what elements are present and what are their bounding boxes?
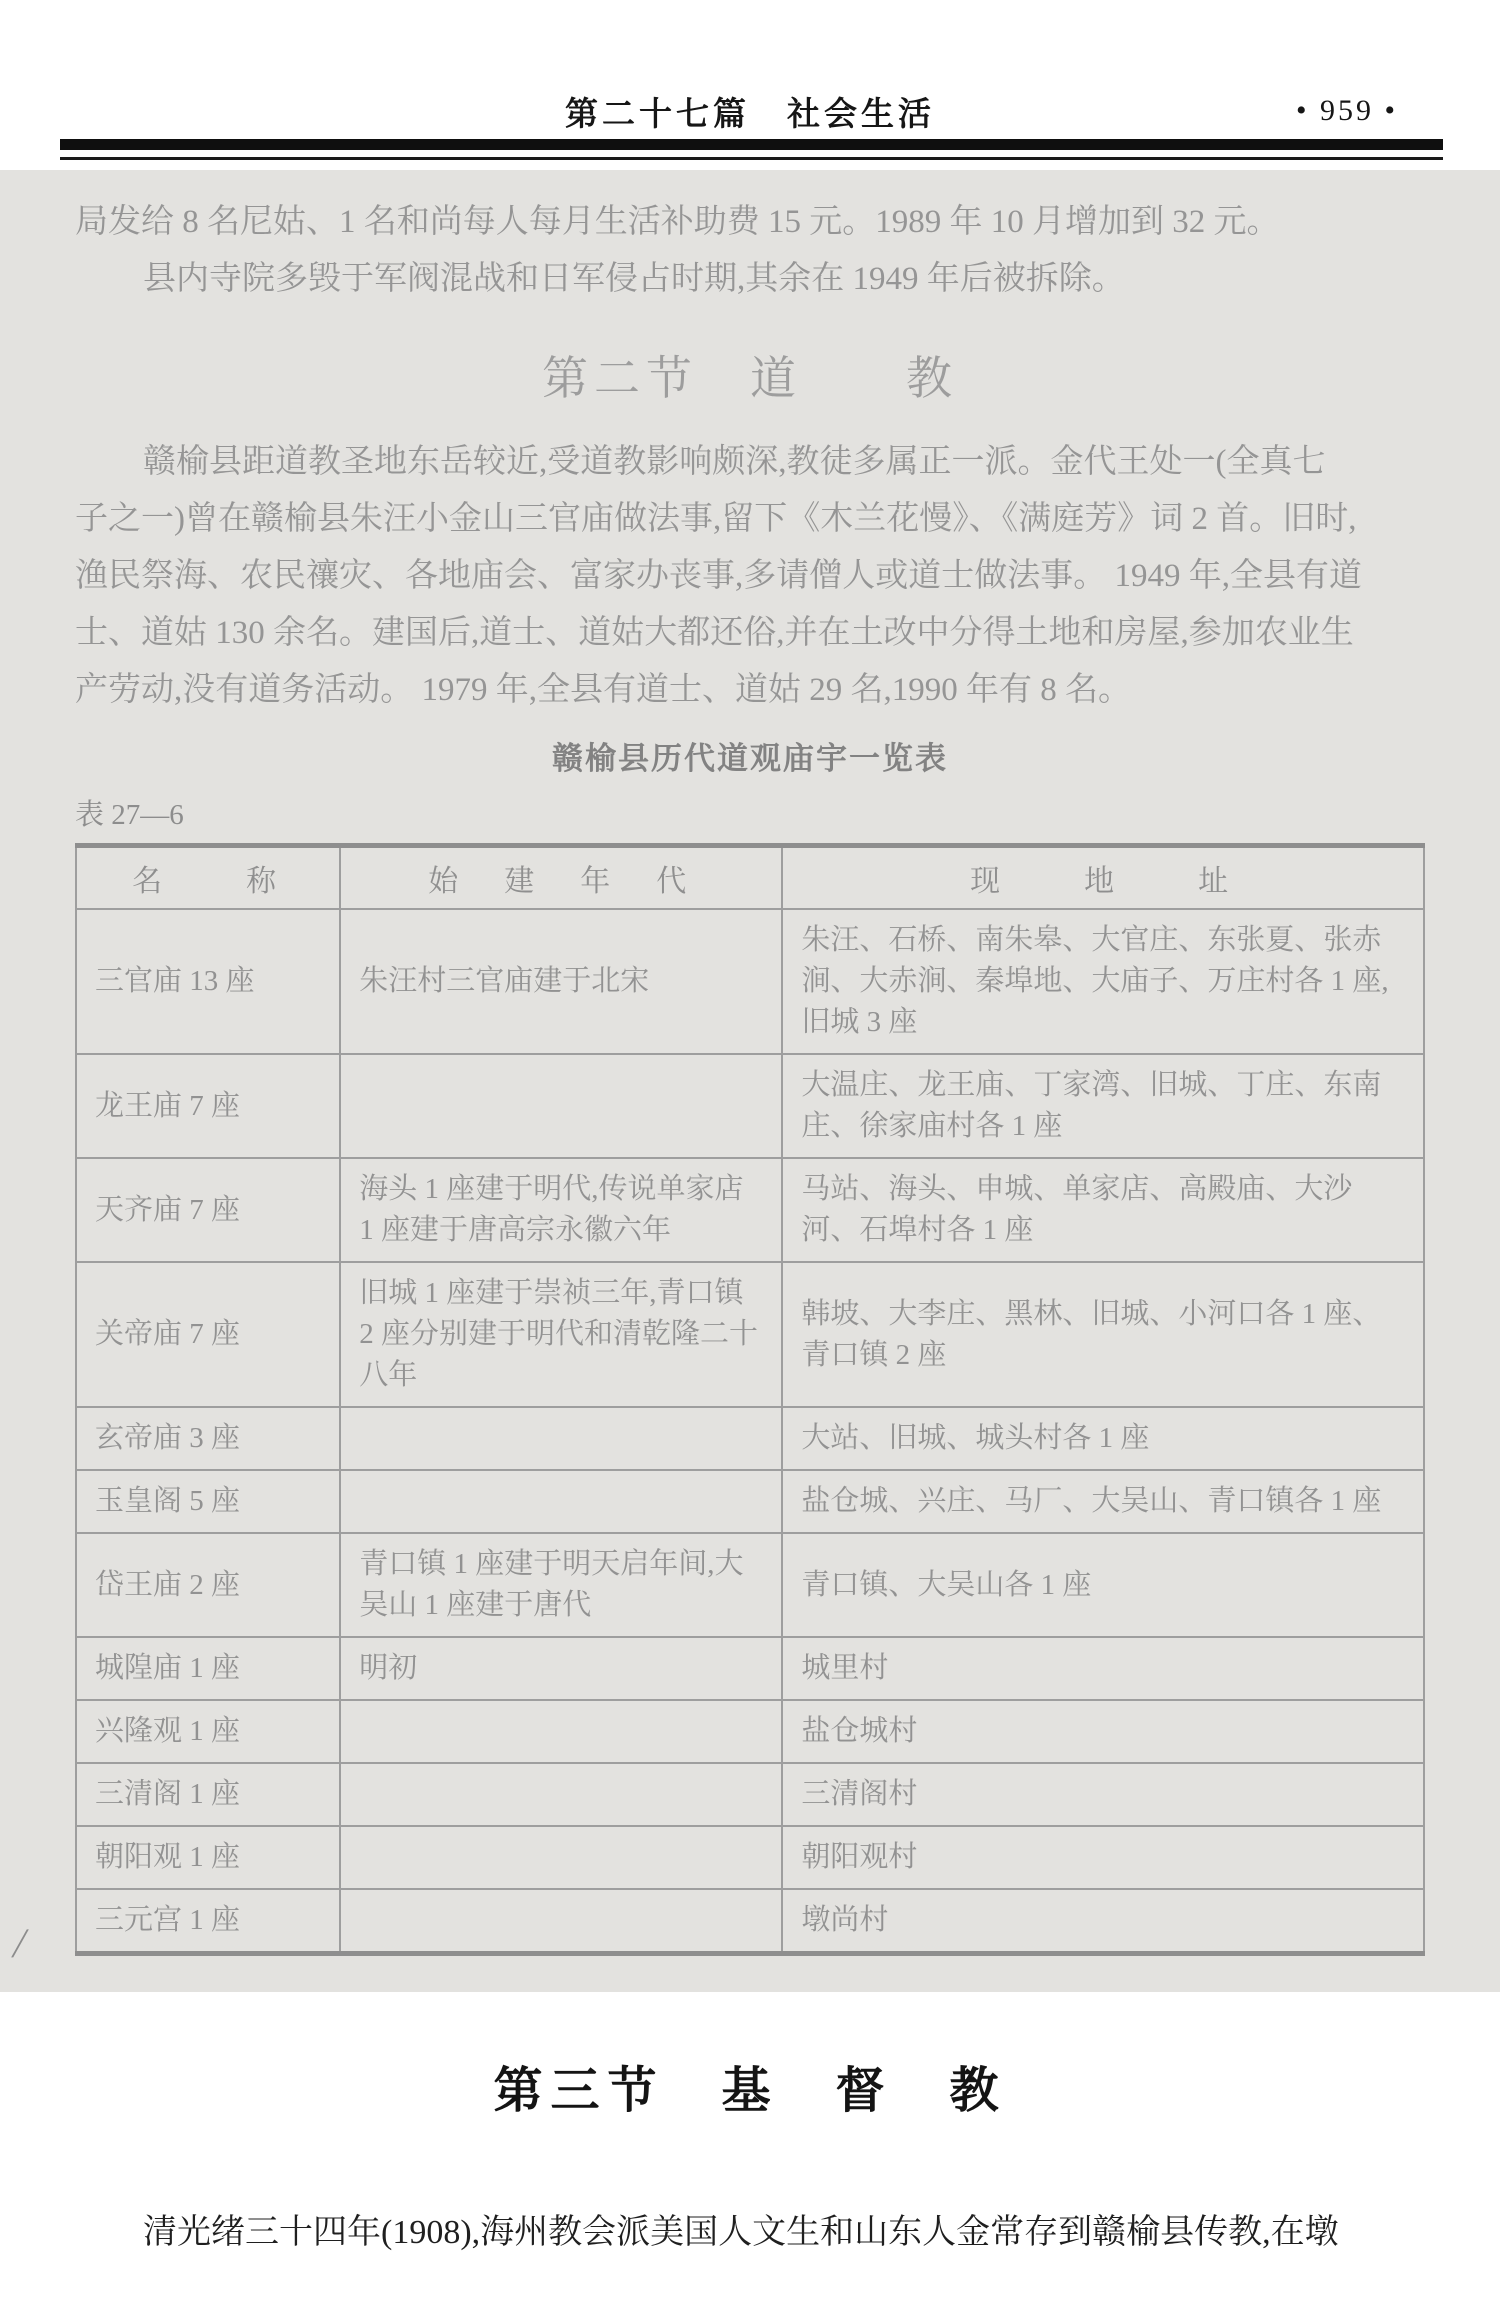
table-number-label: 表 27—6: [75, 792, 1425, 833]
cell-built: [340, 1763, 782, 1826]
cell-name: 城隍庙 1 座: [76, 1637, 340, 1700]
body-line: 渔民祭海、农民禳灾、各地庙会、富家办丧事,多请僧人或道士做法事。 1949 年,…: [75, 548, 1425, 605]
cell-address: 韩坡、大李庄、黑林、旧城、小河口各 1 座、青口镇 2 座: [782, 1262, 1424, 1407]
cell-name: 天齐庙 7 座: [76, 1158, 340, 1262]
header-rule-thick: [60, 139, 1443, 150]
cell-address: 大温庄、龙王庙、丁家湾、旧城、丁庄、东南庄、徐家庙村各 1 座: [782, 1054, 1424, 1158]
table-row: 城隍庙 1 座 明初 城里村: [76, 1637, 1424, 1700]
table-row: 兴隆观 1 座 盐仓城村: [76, 1700, 1424, 1763]
temples-table: 名 称 始 建 年 代 现 地 址 三官庙 13 座 朱汪村三官庙建于北宋 朱汪…: [75, 843, 1425, 1956]
cell-name: 玄帝庙 3 座: [76, 1407, 340, 1470]
table-row: 玉皇阁 5 座 盐仓城、兴庄、马厂、大吴山、青口镇各 1 座: [76, 1470, 1424, 1533]
body-line: 士、道姑 130 余名。建国后,道士、道姑大都还俗,并在土改中分得土地和房屋,参…: [75, 605, 1425, 662]
book-page: 第二十七篇 社会生活 • 959 • 局发给 8 名尼姑、1 名和尚每人每月生活…: [0, 0, 1500, 2308]
section3-heading: 第三节 基 督 教: [0, 2052, 1500, 2122]
cell-address: 马站、海头、申城、单家店、高殿庙、大沙河、石埠村各 1 座: [782, 1158, 1424, 1262]
cell-name: 三官庙 13 座: [76, 909, 340, 1054]
table-header-row: 名 称 始 建 年 代 现 地 址: [76, 846, 1424, 910]
cell-built: 青口镇 1 座建于明天启年间,大吴山 1 座建于唐代: [340, 1533, 782, 1637]
cell-built: 旧城 1 座建于崇祯三年,青口镇 2 座分别建于明代和清乾隆二十八年: [340, 1262, 782, 1407]
cell-address: 大站、旧城、城头村各 1 座: [782, 1407, 1424, 1470]
cell-name: 朝阳观 1 座: [76, 1826, 340, 1889]
cell-built: [340, 1889, 782, 1954]
carryover-paragraph-line: 局发给 8 名尼姑、1 名和尚每人每月生活补助费 15 元。1989 年 10 …: [75, 194, 1425, 251]
cell-address: 青口镇、大吴山各 1 座: [782, 1533, 1424, 1637]
table-row: 关帝庙 7 座 旧城 1 座建于崇祯三年,青口镇 2 座分别建于明代和清乾隆二十…: [76, 1262, 1424, 1407]
cell-built: [340, 1826, 782, 1889]
cell-address: 三清阁村: [782, 1763, 1424, 1826]
column-header-built: 始 建 年 代: [340, 846, 782, 910]
cell-address: 朱汪、石桥、南朱皋、大官庄、东张夏、张赤涧、大赤涧、秦埠地、大庙子、万庄村各 1…: [782, 909, 1424, 1054]
table-title: 赣榆县历代道观庙宇一览表: [75, 733, 1425, 778]
table-row: 朝阳观 1 座 朝阳观村: [76, 1826, 1424, 1889]
cell-built: 明初: [340, 1637, 782, 1700]
cell-built: [340, 1054, 782, 1158]
cell-built: 朱汪村三官庙建于北宋: [340, 909, 782, 1054]
cell-built: [340, 1700, 782, 1763]
body-line: 赣榆县距道教圣地东岳较近,受道教影响颇深,教徒多属正一派。金代王处一(全真七: [75, 434, 1425, 491]
section3-first-line: 清光绪三十四年(1908),海州教会派美国人文生和山东人金常存到赣榆县传教,在墩: [75, 2204, 1435, 2253]
table-row: 三清阁 1 座 三清阁村: [76, 1763, 1424, 1826]
cell-name: 关帝庙 7 座: [76, 1262, 340, 1407]
cell-address: 城里村: [782, 1637, 1424, 1700]
column-header-name: 名 称: [76, 846, 340, 910]
cell-name: 龙王庙 7 座: [76, 1054, 340, 1158]
table-row: 三元宫 1 座 墩尚村: [76, 1889, 1424, 1954]
intro-paragraph-line: 县内寺院多毁于军阀混战和日军侵占时期,其余在 1949 年后被拆除。: [75, 251, 1425, 308]
cell-built: 海头 1 座建于明代,传说单家店 1 座建于唐高宗永徽六年: [340, 1158, 782, 1262]
cell-address: 盐仓城村: [782, 1700, 1424, 1763]
cell-name: 兴隆观 1 座: [76, 1700, 340, 1763]
table-row: 龙王庙 7 座 大温庄、龙王庙、丁家湾、旧城、丁庄、东南庄、徐家庙村各 1 座: [76, 1054, 1424, 1158]
page-number: • 959 •: [1296, 94, 1398, 128]
cell-name: 玉皇阁 5 座: [76, 1470, 340, 1533]
table-row: 三官庙 13 座 朱汪村三官庙建于北宋 朱汪、石桥、南朱皋、大官庄、东张夏、张赤…: [76, 909, 1424, 1054]
header-rule-thin: [60, 157, 1443, 160]
cell-address: 朝阳观村: [782, 1826, 1424, 1889]
scanned-content-area: 局发给 8 名尼姑、1 名和尚每人每月生活补助费 15 元。1989 年 10 …: [0, 170, 1500, 1992]
body-line: 子之一)曾在赣榆县朱汪小金山三官庙做法事,留下《木兰花慢》、《满庭芳》词 2 首…: [75, 491, 1425, 548]
cell-built: [340, 1470, 782, 1533]
cell-built: [340, 1407, 782, 1470]
section2-heading: 第二节 道 教: [75, 342, 1425, 408]
cell-address: 盐仓城、兴庄、马厂、大吴山、青口镇各 1 座: [782, 1470, 1424, 1533]
cell-name: 三元宫 1 座: [76, 1889, 340, 1954]
body-line: 产劳动,没有道务活动。 1979 年,全县有道士、道姑 29 名,1990 年有…: [75, 662, 1425, 719]
cell-address: 墩尚村: [782, 1889, 1424, 1954]
table-row: 岱王庙 2 座 青口镇 1 座建于明天启年间,大吴山 1 座建于唐代 青口镇、大…: [76, 1533, 1424, 1637]
chapter-title: 第二十七篇 社会生活: [0, 88, 1500, 135]
cell-name: 三清阁 1 座: [76, 1763, 340, 1826]
cell-name: 岱王庙 2 座: [76, 1533, 340, 1637]
column-header-address: 现 地 址: [782, 846, 1424, 910]
table-row: 玄帝庙 3 座 大站、旧城、城头村各 1 座: [76, 1407, 1424, 1470]
table-row: 天齐庙 7 座 海头 1 座建于明代,传说单家店 1 座建于唐高宗永徽六年 马站…: [76, 1158, 1424, 1262]
